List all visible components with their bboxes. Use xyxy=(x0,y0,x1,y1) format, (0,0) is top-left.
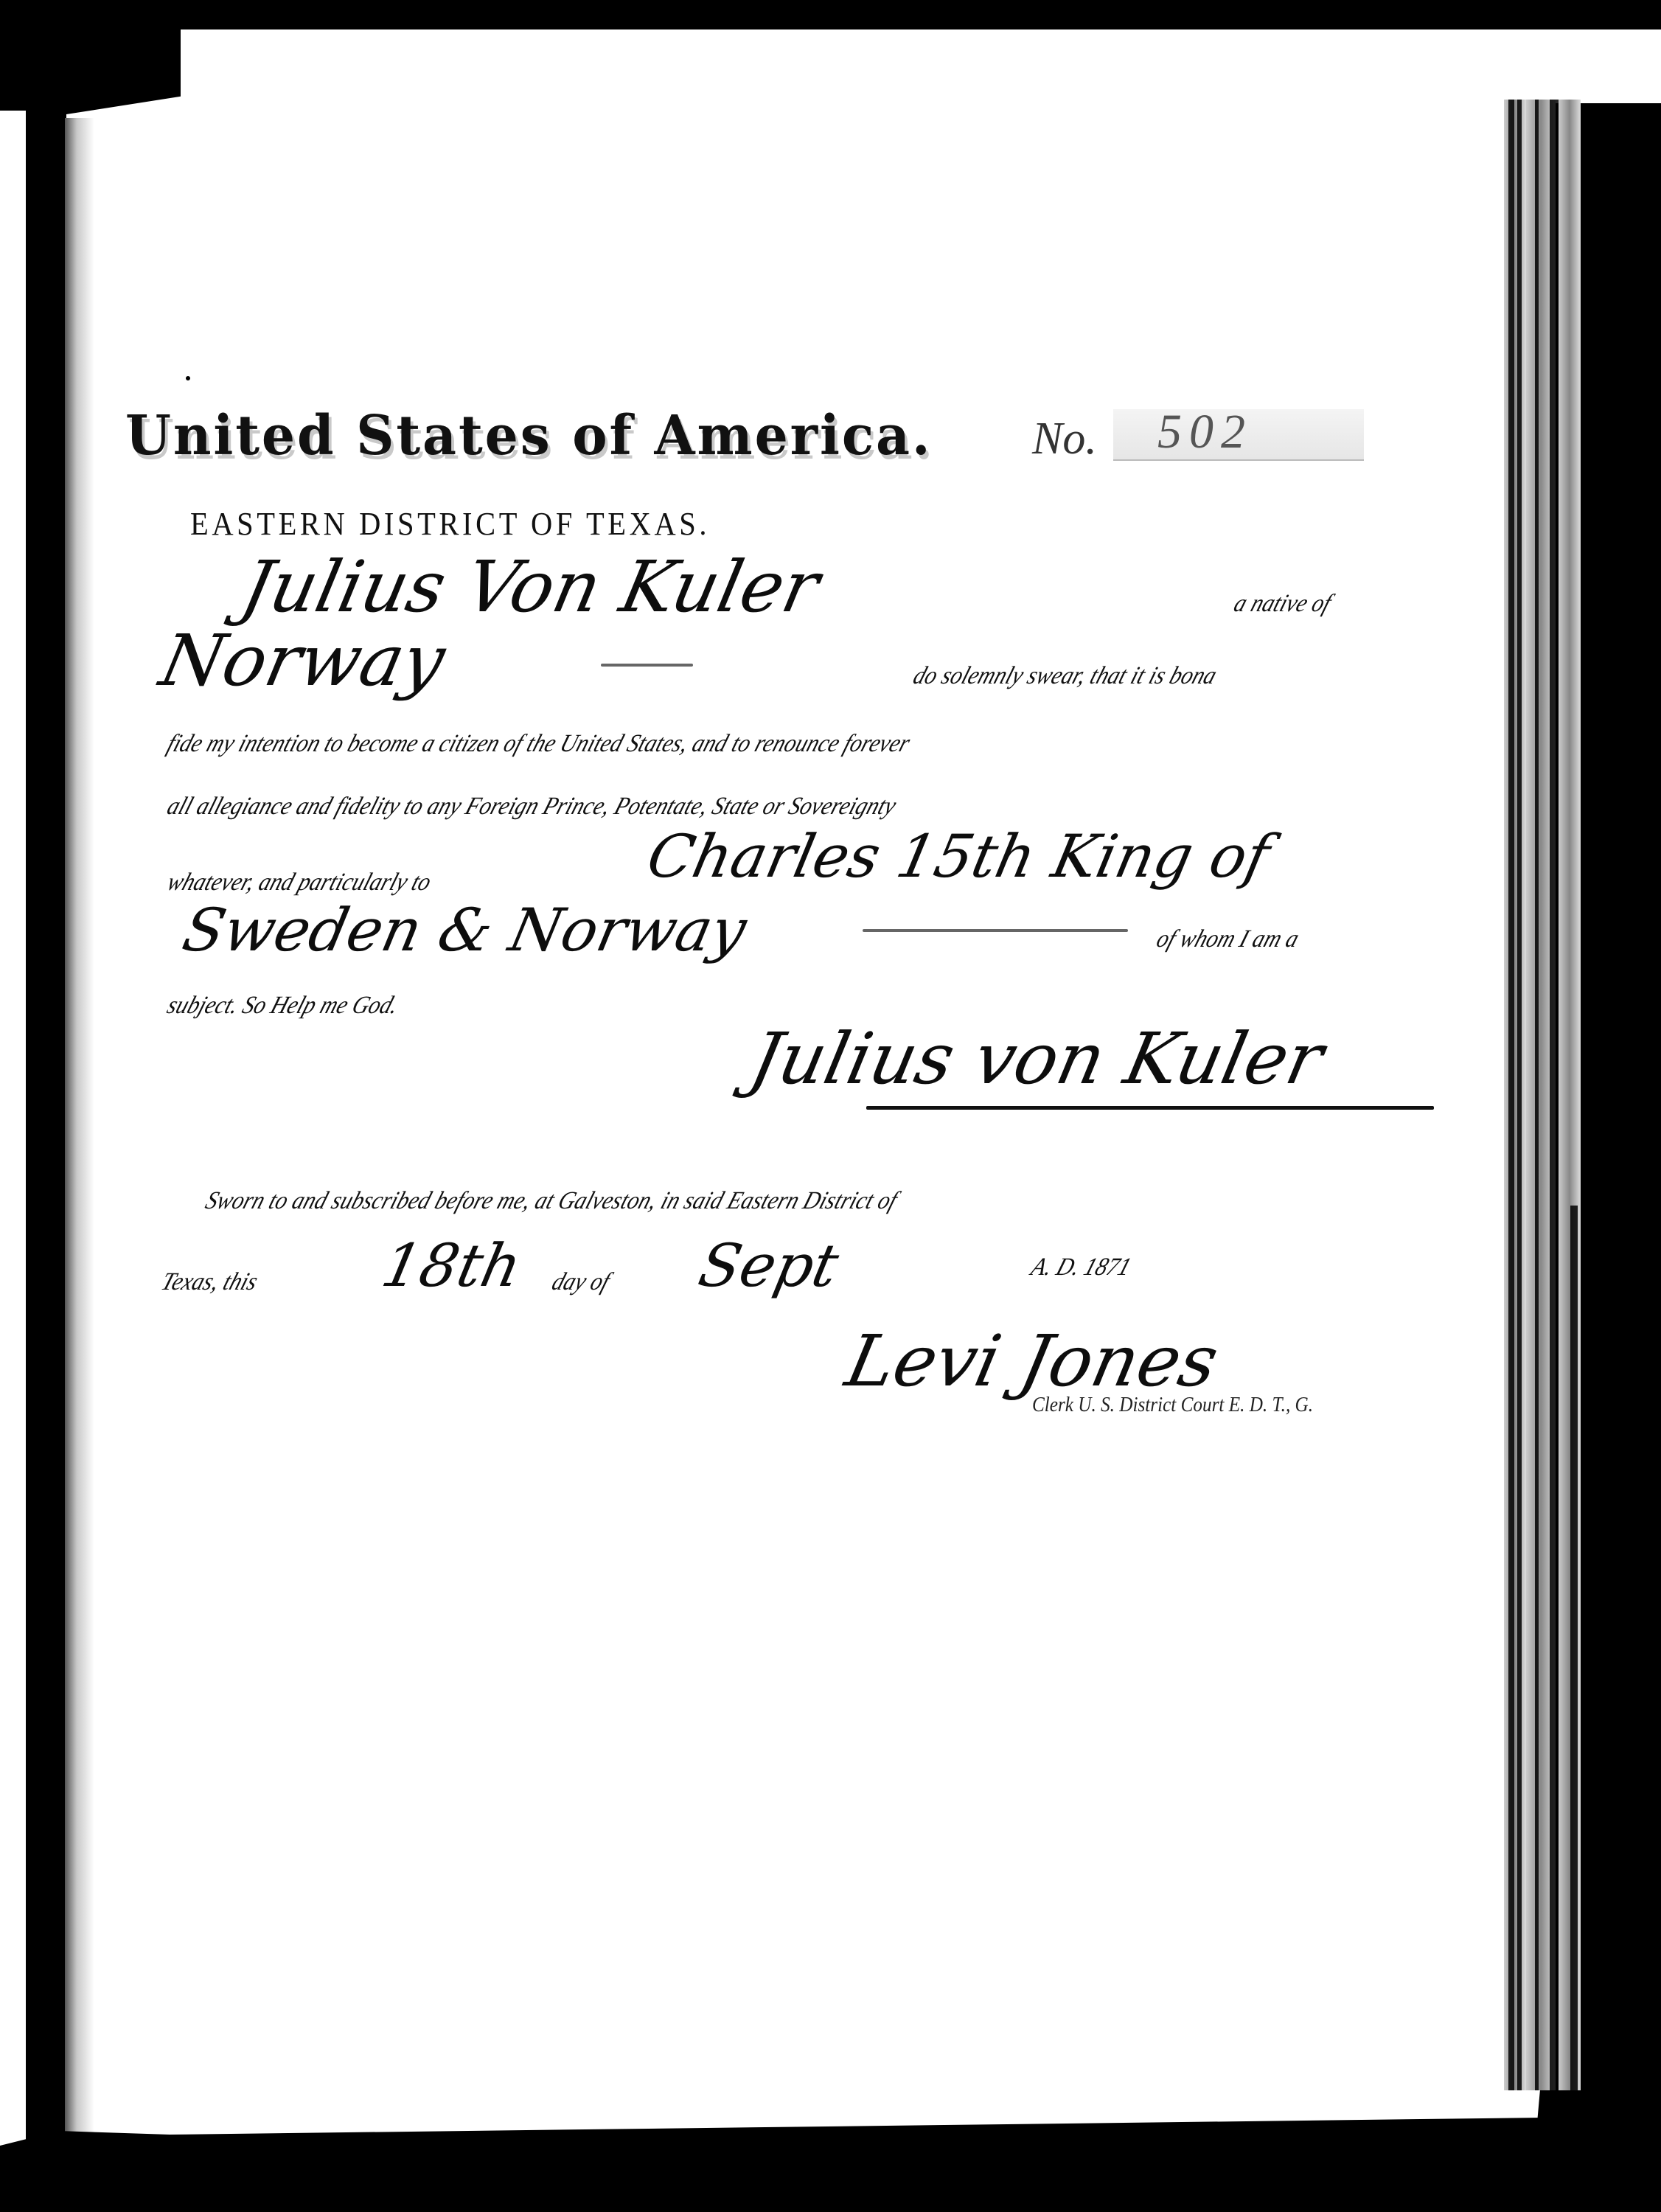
next-page-edge xyxy=(181,29,1661,103)
sovereign-name: Charles 15th King of xyxy=(641,822,1275,891)
native-of-label: a native of xyxy=(1230,590,1335,618)
oath-closing: subject. So Help me God. xyxy=(164,992,402,1020)
blank-rule xyxy=(863,929,1128,932)
native-country: Norway xyxy=(153,619,452,702)
ink-speck xyxy=(186,376,190,380)
scan-border-top-left xyxy=(0,0,181,103)
sworn-statement: Sworn to and subscribed before me, at Ga… xyxy=(202,1187,901,1215)
attestation-month: Sept xyxy=(693,1231,844,1300)
texas-this-label: Texas, this xyxy=(158,1268,261,1296)
attestation-year: A. D. 1871 xyxy=(1028,1253,1135,1281)
gutter-shadow xyxy=(65,118,94,2138)
page-edge-stack xyxy=(1504,100,1607,2090)
scan-border-top xyxy=(0,0,1661,33)
clerk-signature: Levi Jones xyxy=(839,1320,1225,1402)
day-of-label: day of xyxy=(549,1268,613,1296)
record-number-value: 502 xyxy=(1157,404,1253,460)
attestation-day: 18th xyxy=(376,1231,527,1300)
signature-line xyxy=(866,1106,1434,1110)
book-spine xyxy=(26,114,66,2157)
oath-text-line-3: all allegiance and fidelity to any Forei… xyxy=(164,793,899,821)
declarant-name: Julius Von Kuler xyxy=(234,546,826,628)
scan-border-bottom xyxy=(0,2160,1661,2212)
blank-rule xyxy=(601,664,693,667)
record-number-label: No. xyxy=(1032,413,1097,465)
oath-text-line-4: whatever, and particularly to xyxy=(164,869,435,897)
of-whom-label: of whom I am a xyxy=(1153,925,1303,953)
clerk-title: Clerk U. S. District Court E. D. T., G. xyxy=(1032,1394,1313,1417)
declarant-signature: Julius von Kuler xyxy=(743,1018,1330,1100)
oath-text-line-1: do solemnly swear, that it is bona xyxy=(910,662,1220,690)
oath-text-line-2: fide my intention to become a citizen of… xyxy=(164,730,913,758)
facing-page-sliver xyxy=(0,111,26,2160)
district-heading: EASTERN DISTRICT OF TEXAS. xyxy=(190,505,710,543)
sovereign-realm: Sweden & Norway xyxy=(177,896,752,964)
document-title: United States of America. xyxy=(125,404,932,467)
